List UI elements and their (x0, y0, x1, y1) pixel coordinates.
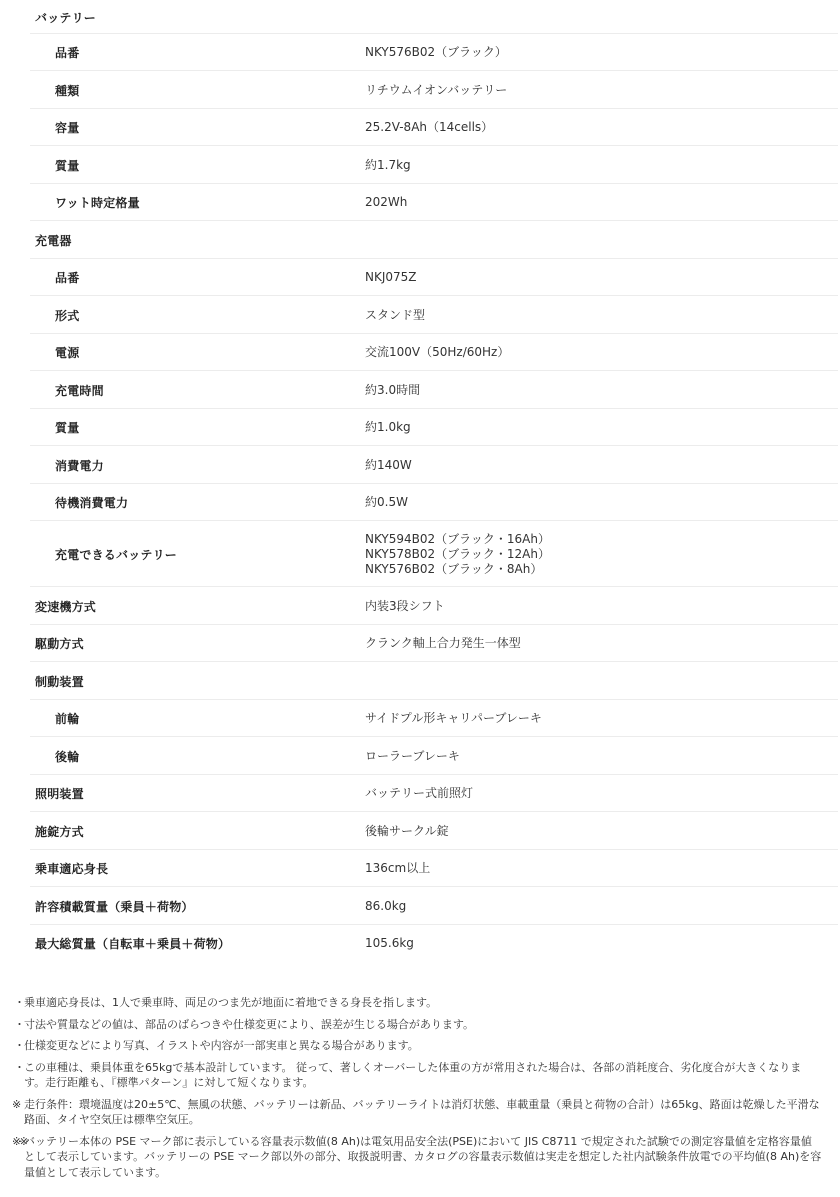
spec-row: 待機消費電力約0.5W (0, 484, 840, 521)
spec-value: 136cm以上 (365, 861, 430, 876)
bullet-mark: ・ (14, 995, 25, 1011)
spec-row: 品番NKJ075Z (0, 259, 840, 296)
spec-row: 品番NKY576B02（ブラック） (0, 34, 840, 71)
footnote: ・寸法や質量などの値は、部品のばらつきや仕様変更により、誤差が生じる場合がありま… (0, 1017, 840, 1033)
spec-value: バッテリー式前照灯 (365, 786, 473, 801)
spec-section-row: 駆動方式クランク軸上合力発生一体型 (0, 625, 840, 662)
spec-row: 質量約1.0kg (0, 409, 840, 446)
spec-row: ワット時定格量202Wh (0, 184, 840, 221)
bullet-mark: ・ (14, 1038, 25, 1054)
spec-label: 前輪 (0, 710, 365, 727)
spec-label: バッテリー (0, 9, 365, 26)
spec-label: 最大総質量（自転車＋乗員＋荷物） (0, 935, 365, 952)
spec-value: NKJ075Z (365, 270, 417, 285)
reference-mark: ※ (12, 1097, 21, 1113)
spec-section-row: 制動装置 (0, 662, 840, 700)
spec-label: 質量 (0, 157, 365, 174)
spec-section-row: バッテリー (0, 0, 840, 34)
spec-label: 種類 (0, 82, 365, 99)
footnote: ※※バッテリー本体の PSE マーク部に表示している容量表示数値(8 Ah)は電… (0, 1134, 840, 1181)
spec-section-row: 施錠方式後輪サークル錠 (0, 812, 840, 850)
spec-label: 乗車適応身長 (0, 860, 365, 877)
spec-section-row: 充電器 (0, 221, 840, 259)
spec-label: 照明装置 (0, 785, 365, 802)
spec-label: 制動装置 (0, 673, 365, 690)
spec-value: 約140W (365, 458, 412, 473)
spec-row: 充電できるバッテリーNKY594B02（ブラック・16Ah）NKY578B02（… (0, 521, 840, 587)
footnotes: ・乗車適応身長は、1人で乗車時、両足のつま先が地面に着地できる身長を指します。・… (0, 995, 840, 1186)
spec-value: 86.0kg (365, 899, 406, 914)
spec-label: 電源 (0, 344, 365, 361)
reference-mark: ※※ (12, 1134, 26, 1150)
spec-label: 後輪 (0, 748, 365, 765)
footnote-text: バッテリー本体の PSE マーク部に表示している容量表示数値(8 Ah)は電気用… (24, 1135, 821, 1179)
spec-table: バッテリー品番NKY576B02（ブラック）種類リチウムイオンバッテリー容量25… (0, 0, 840, 962)
spec-value: ローラーブレーキ (365, 749, 460, 764)
spec-value: 内装3段シフト (365, 599, 445, 614)
spec-label: 許容積載質量（乗員＋荷物） (0, 898, 365, 915)
spec-row: 電源交流100V（50Hz/60Hz） (0, 334, 840, 371)
spec-value: NKY594B02（ブラック・16Ah）NKY578B02（ブラック・12Ah）… (365, 532, 550, 577)
spec-row: 消費電力約140W (0, 446, 840, 484)
footnote: ・この車種は、乗員体重を65kgで基本設計しています。 従って、著しくオーバーし… (0, 1060, 840, 1091)
spec-row: 前輪サイドプル形キャリパーブレーキ (0, 700, 840, 737)
spec-label: 充電器 (0, 232, 365, 249)
spec-section-row: 乗車適応身長136cm以上 (0, 850, 840, 887)
spec-value: クランク軸上合力発生一体型 (365, 636, 521, 651)
spec-value: 約3.0時間 (365, 383, 420, 398)
spec-value-line: NKY594B02（ブラック・16Ah） (365, 532, 550, 547)
spec-value-line: NKY576B02（ブラック・8Ah） (365, 562, 550, 577)
spec-value: 105.6kg (365, 936, 414, 951)
spec-label: 品番 (0, 44, 365, 61)
spec-label: 品番 (0, 269, 365, 286)
spec-section-row: 最大総質量（自転車＋乗員＋荷物）105.6kg (0, 925, 840, 962)
spec-value: 202Wh (365, 195, 407, 210)
spec-label: 駆動方式 (0, 635, 365, 652)
spec-value: 約0.5W (365, 495, 408, 510)
spec-label: 質量 (0, 419, 365, 436)
footnote: ・仕様変更などにより写真、イラストや内容が一部実車と異なる場合があります。 (0, 1038, 840, 1054)
bullet-mark: ・ (14, 1060, 25, 1076)
spec-label: 施錠方式 (0, 823, 365, 840)
spec-section-row: 照明装置バッテリー式前照灯 (0, 775, 840, 812)
footnote: ※走行条件：環境温度は20±5℃、無風の状態、バッテリーは新品、バッテリーライト… (0, 1097, 840, 1128)
spec-row: 容量25.2V-8Ah（14cells） (0, 109, 840, 146)
spec-label: 変速機方式 (0, 598, 365, 615)
spec-label: 容量 (0, 119, 365, 136)
footnote-text: 寸法や質量などの値は、部品のばらつきや仕様変更により、誤差が生じる場合があります… (24, 1018, 474, 1031)
spec-row: 質量約1.7kg (0, 146, 840, 184)
spec-row: 種類リチウムイオンバッテリー (0, 71, 840, 109)
spec-label: 待機消費電力 (0, 494, 365, 511)
spec-row: 形式スタンド型 (0, 296, 840, 334)
spec-label: 消費電力 (0, 457, 365, 474)
spec-row: 後輪ローラーブレーキ (0, 737, 840, 775)
footnote-text: この車種は、乗員体重を65kgで基本設計しています。 従って、著しくオーバーした… (24, 1061, 801, 1090)
spec-value: スタンド型 (365, 308, 425, 323)
spec-value: 25.2V-8Ah（14cells） (365, 120, 493, 135)
spec-row: 充電時間約3.0時間 (0, 371, 840, 409)
spec-value: 交流100V（50Hz/60Hz） (365, 345, 509, 360)
spec-value: リチウムイオンバッテリー (365, 83, 507, 98)
spec-label: 形式 (0, 307, 365, 324)
spec-value: 約1.7kg (365, 158, 411, 173)
spec-section-row: 許容積載質量（乗員＋荷物）86.0kg (0, 887, 840, 925)
spec-label: ワット時定格量 (0, 194, 365, 211)
footnote-text: 仕様変更などにより写真、イラストや内容が一部実車と異なる場合があります。 (24, 1039, 419, 1052)
footnote-text: 走行条件：環境温度は20±5℃、無風の状態、バッテリーは新品、バッテリーライトは… (24, 1098, 820, 1127)
footnote: ・乗車適応身長は、1人で乗車時、両足のつま先が地面に着地できる身長を指します。 (0, 995, 840, 1011)
bullet-mark: ・ (14, 1017, 25, 1033)
spec-section-row: 変速機方式内装3段シフト (0, 587, 840, 625)
spec-value: サイドプル形キャリパーブレーキ (365, 711, 542, 726)
spec-value: 約1.0kg (365, 420, 411, 435)
spec-label: 充電時間 (0, 382, 365, 399)
spec-value-line: NKY578B02（ブラック・12Ah） (365, 547, 550, 562)
spec-label: 充電できるバッテリー (0, 546, 365, 563)
footnote-text: 乗車適応身長は、1人で乗車時、両足のつま先が地面に着地できる身長を指します。 (24, 996, 437, 1009)
spec-value: 後輪サークル錠 (365, 824, 449, 839)
spec-value: NKY576B02（ブラック） (365, 45, 507, 60)
